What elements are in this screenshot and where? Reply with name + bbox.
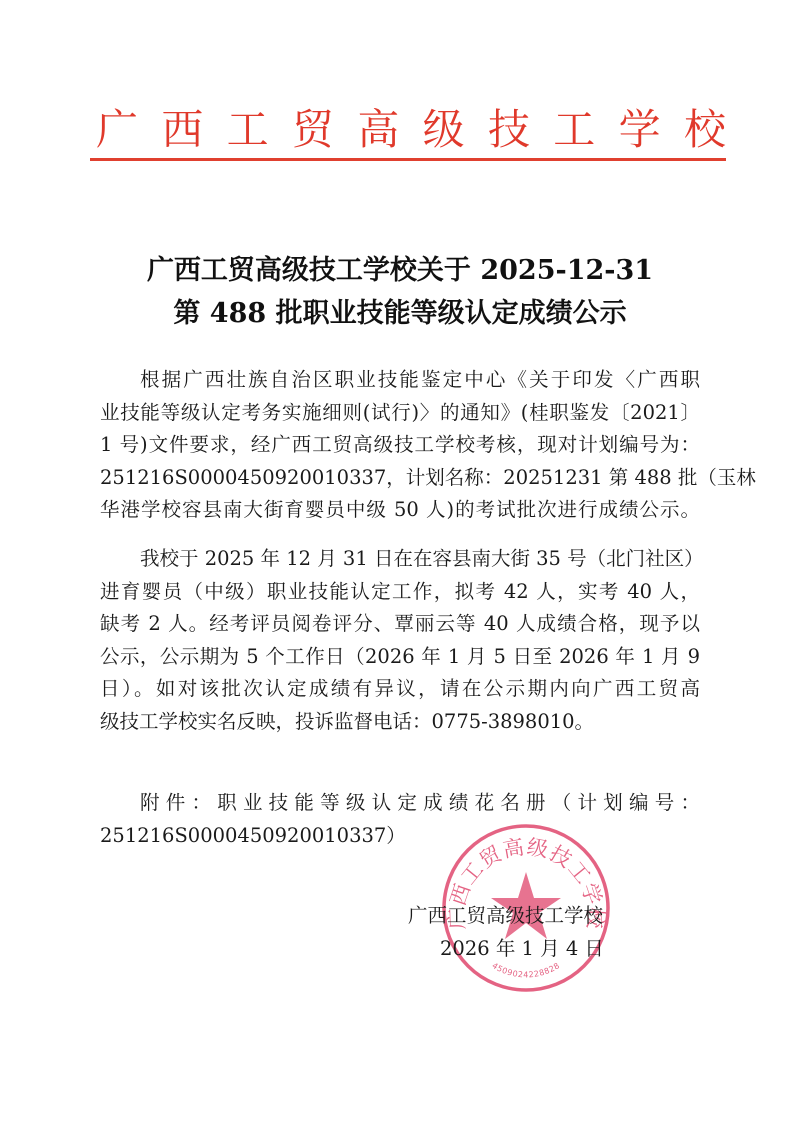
body-paragraph-2: 我校于 2025 年 12 月 31 日在在容县南大街 35 号（北门社区） 进… (100, 543, 700, 738)
letterhead-org-name: 广 西 工 贸 高 级 技 工 学 校 (96, 100, 726, 154)
signature-date: 2026 年 1 月 4 日 (440, 933, 604, 961)
letterhead-char: 技 (488, 97, 530, 157)
document-title-line-2: 第 488 批职业技能等级认定成绩公示 (0, 291, 800, 330)
text-line: 日）。如对该批次认定成绩有异议，请在公示期内向广西工贸高 (100, 673, 700, 706)
letterhead-char: 工 (227, 97, 269, 157)
signature-organization: 广西工贸高级技工学校 (408, 900, 603, 928)
svg-text:4509024228828: 4509024228828 (490, 961, 561, 979)
letterhead-char: 学 (619, 97, 661, 157)
text-line: 进育婴员（中级）职业技能认定工作，拟考 42 人，实考 40 人， (100, 576, 700, 609)
body-paragraph-1: 根据广西壮族自治区职业技能鉴定中心《关于印发〈广西职 业技能等级认定考务实施细则… (100, 364, 700, 527)
letterhead-char: 贸 (292, 97, 334, 157)
letterhead-char: 级 (423, 97, 465, 157)
text-line: 1 号)文件要求，经广西工贸高级技工学校考核，现对计划编号为： (100, 429, 700, 462)
text-line: 华港学校容县南大街育婴员中级 50 人)的考试批次进行成绩公示。 (100, 494, 700, 527)
letterhead-char: 校 (684, 97, 726, 157)
text-line: 级技工学校实名反映，投诉监督电话：0775-3898010。 (100, 706, 700, 739)
letterhead-char: 工 (553, 97, 595, 157)
letterhead-char: 高 (357, 97, 399, 157)
text-line: 业技能等级认定考务实施细则(试行)〉的通知》(桂职鉴发〔2021〕 (100, 397, 700, 430)
text-line: 缺考 2 人。经考评员阅卷评分、覃丽云等 40 人成绩合格，现予以 (100, 608, 700, 641)
letterhead-char: 广 (96, 97, 138, 157)
text-line: 251216S0000450920010337，计划名称：20251231 第 … (100, 462, 700, 495)
letterhead-red-rule (90, 158, 726, 161)
text-line: 附件：职业技能等级认定成绩花名册（计划编号： (100, 787, 700, 820)
text-line: 根据广西壮族自治区职业技能鉴定中心《关于印发〈广西职 (100, 364, 700, 397)
document-title-line-1: 广西工贸高级技工学校关于 2025-12-31 (0, 248, 800, 287)
text-line: 我校于 2025 年 12 月 31 日在在容县南大街 35 号（北门社区） (100, 543, 700, 576)
text-line: 公示，公示期为 5 个工作日（2026 年 1 月 5 日至 2026 年 1 … (100, 641, 700, 674)
letterhead-char: 西 (161, 97, 203, 157)
